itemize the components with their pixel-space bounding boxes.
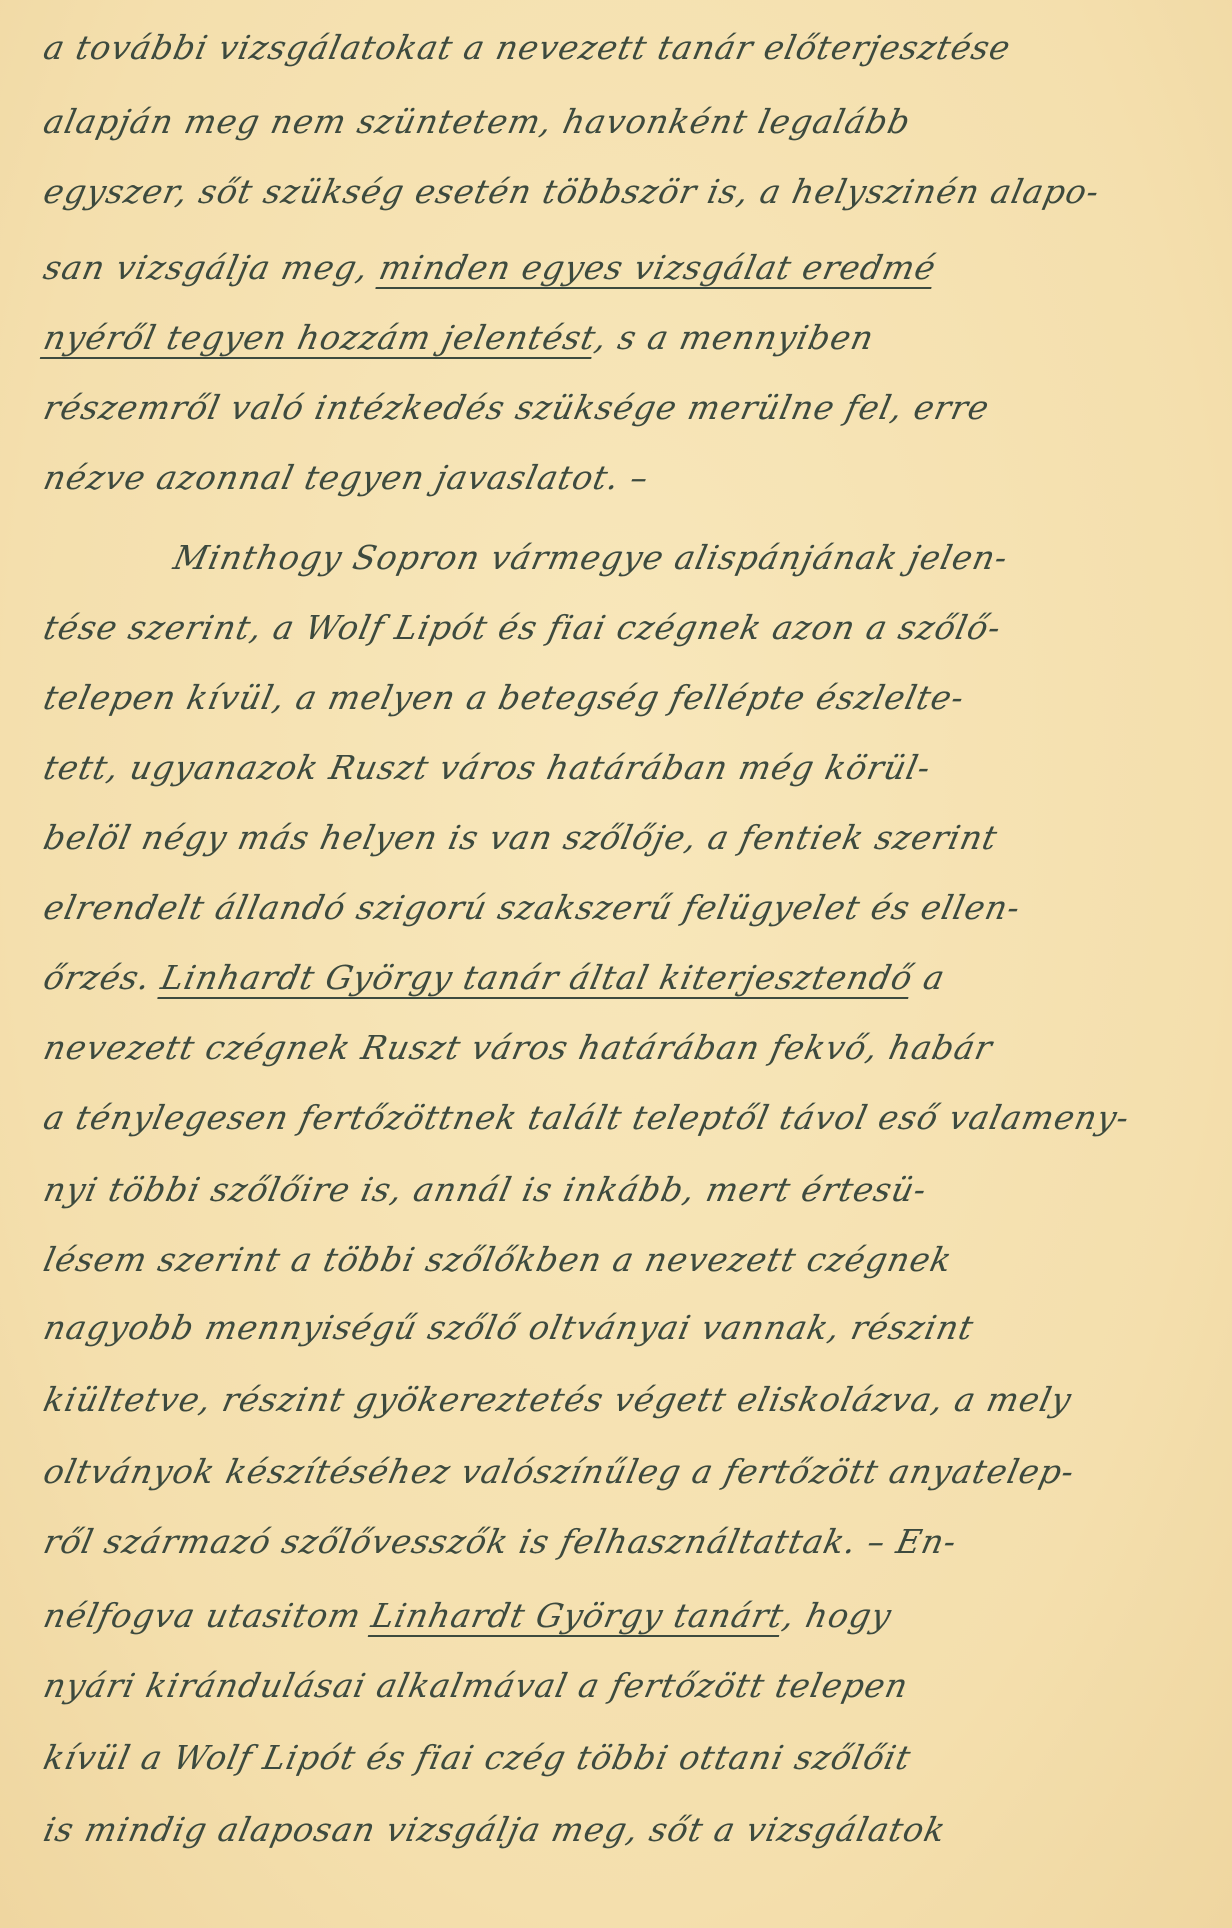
manuscript-line: nélfogva utasitom Linhardt György tanárt…	[40, 1596, 1229, 1636]
line-text: a ténylegesen fertőzöttnek talált telept…	[40, 1098, 1133, 1137]
manuscript-line: a ténylegesen fertőzöttnek talált telept…	[40, 1098, 1229, 1138]
manuscript-line: nyéről tegyen hozzám jelentést, s a menn…	[40, 318, 1229, 358]
line-text: nézve azonnal tegyen javaslatot. –	[40, 458, 652, 497]
manuscript-line: őrzés. Linhardt György tanár által kiter…	[40, 958, 1229, 998]
manuscript-line: alapján meg nem szüntetem, havonként leg…	[40, 102, 1229, 142]
manuscript-line: kiültetve, részint gyökereztetés végett …	[40, 1380, 1229, 1420]
line-text: nélfogva utasitom	[40, 1596, 376, 1635]
manuscript-line: ről származó szőlővesszők is felhasznált…	[40, 1522, 1229, 1562]
line-text: a további vizsgálatokat a nevezett tanár…	[40, 28, 1014, 67]
manuscript-line: belöl négy más helyen is van szőlője, a …	[40, 818, 1229, 858]
manuscript-line: tése szerint, a Wolf Lipót és fiai czégn…	[40, 608, 1229, 648]
line-text: nyi többi szőlőire is, annál is inkább, …	[40, 1170, 930, 1209]
line-text: , hogy	[779, 1596, 895, 1635]
manuscript-line: nyi többi szőlőire is, annál is inkább, …	[40, 1170, 1229, 1210]
line-text: egyszer, sőt szükség esetén többször is,…	[40, 172, 1103, 211]
line-text: telepen kívül, a melyen a betegség fellé…	[40, 678, 968, 717]
line-text: nyári kirándulásai alkalmával a fertőzöt…	[40, 1666, 912, 1705]
line-text: ről származó szőlővesszők is felhasznált…	[40, 1522, 960, 1561]
manuscript-line: egyszer, sőt szükség esetén többször is,…	[40, 172, 1229, 212]
line-text: tése szerint, a Wolf Lipót és fiai czégn…	[40, 608, 1005, 647]
line-text: nevezett czégnek Ruszt város határában f…	[40, 1028, 996, 1067]
manuscript-line: a további vizsgálatokat a nevezett tanár…	[40, 28, 1229, 68]
manuscript-line: nézve azonnal tegyen javaslatot. –	[40, 458, 1229, 498]
line-text: san vizsgálja meg,	[40, 248, 384, 287]
manuscript-line: san vizsgálja meg, minden egyes vizsgála…	[40, 248, 1229, 288]
manuscript-line: nevezett czégnek Ruszt város határában f…	[40, 1028, 1229, 1068]
line-text: a	[908, 958, 948, 997]
manuscript-line: is mindig alaposan vizsgálja meg, sőt a …	[40, 1810, 1229, 1850]
line-text: őrzés.	[40, 958, 166, 997]
manuscript-line: elrendelt állandó szigorú szakszerű felü…	[40, 888, 1229, 928]
line-text: kiültetve, részint gyökereztetés végett …	[40, 1380, 1075, 1419]
underlined-text: Linhardt György tanár által kiterjeszten…	[158, 958, 917, 997]
line-text: belöl négy más helyen is van szőlője, a …	[40, 818, 1001, 857]
line-text: tett, ugyanazok Ruszt város határában mé…	[40, 748, 934, 787]
manuscript-page: a további vizsgálatokat a nevezett tanár…	[0, 0, 1232, 1928]
manuscript-line: részemről való intézkedés szüksége merül…	[40, 388, 1229, 428]
underlined-text: Linhardt György tanárt	[368, 1596, 787, 1635]
manuscript-line: lésem szerint a többi szőlőkben a neveze…	[40, 1240, 1229, 1280]
manuscript-line: nagyobb mennyiségű szőlő oltványai vanna…	[40, 1308, 1229, 1348]
manuscript-line: tett, ugyanazok Ruszt város határában mé…	[40, 748, 1229, 788]
line-text: Minthogy Sopron vármegye alispánjának je…	[170, 538, 1012, 577]
line-text: lésem szerint a többi szőlőkben a neveze…	[40, 1240, 956, 1279]
line-text: oltványok készítéséhez valószínűleg a fe…	[40, 1452, 1078, 1491]
underlined-text: minden egyes vizsgálat eredmé	[376, 248, 940, 287]
line-text: , s a mennyiben	[592, 318, 878, 357]
manuscript-line: Minthogy Sopron vármegye alispánjának je…	[170, 538, 1232, 578]
underlined-text: nyéről tegyen hozzám jelentést	[40, 318, 600, 357]
line-text: nagyobb mennyiségű szőlő oltványai vanna…	[40, 1308, 977, 1347]
manuscript-line: telepen kívül, a melyen a betegség fellé…	[40, 678, 1229, 718]
manuscript-line: oltványok készítéséhez valószínűleg a fe…	[40, 1452, 1229, 1492]
manuscript-line: nyári kirándulásai alkalmával a fertőzöt…	[40, 1666, 1229, 1706]
manuscript-line: kívül a Wolf Lipót és fiai czég többi ot…	[40, 1738, 1229, 1778]
line-text: kívül a Wolf Lipót és fiai czég többi ot…	[40, 1738, 915, 1777]
line-text: alapján meg nem szüntetem, havonként leg…	[40, 102, 914, 141]
line-text: részemről való intézkedés szüksége merül…	[40, 388, 993, 427]
line-text: elrendelt állandó szigorú szakszerű felü…	[40, 888, 1024, 927]
line-text: is mindig alaposan vizsgálja meg, sőt a …	[40, 1810, 949, 1849]
